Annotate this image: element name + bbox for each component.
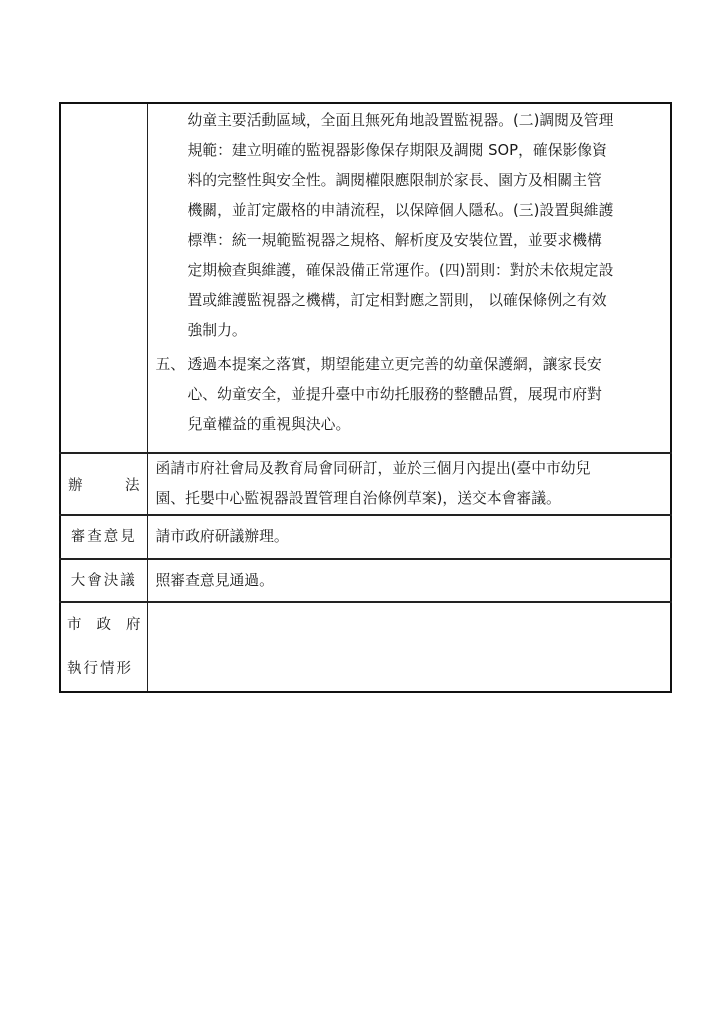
text-line: 規範：建立明確的監視器影像保存期限及調閱 SOP，確保影像資 — [188, 136, 663, 166]
description-paragraph: 幼童主要活動區域，全面且無死角地設置監視器。(二)調閱及管理 規範：建立明確的監… — [156, 106, 663, 346]
text-line: 置或維護監視器之機構，訂定相對應之罰則， 以確保條例之有效 — [188, 286, 663, 316]
label-cell-empty — [60, 103, 147, 453]
table-row-description: 幼童主要活動區域，全面且無死角地設置監視器。(二)調閱及管理 規範：建立明確的監… — [60, 103, 671, 453]
label-char: 政 — [97, 603, 112, 647]
proposal-table: 幼童主要活動區域，全面且無死角地設置監視器。(二)調閱及管理 規範：建立明確的監… — [59, 102, 672, 693]
text-line: 函請市府社會局及教育局會同研訂，並於三個月內提出(臺中市幼兒 — [156, 454, 663, 484]
table-row-review: 審查意見 請市政府研議辦理。 — [60, 515, 671, 559]
text-line: 園、托嬰中心監視器設置管理自治條例草案)，送交本會審議。 — [156, 484, 663, 514]
execution-label-line1: 市 政 府 — [67, 603, 141, 647]
text-line: 定期檢查與維護，確保設備正常運作。(四)罰則：對於未依規定設 — [188, 256, 663, 286]
resolution-content: 照審查意見通過。 — [147, 559, 671, 602]
text-line: 透過本提案之落實，期望能建立更完善的幼童保護網，讓家長安 — [188, 350, 663, 380]
text-line: 幼童主要活動區域，全面且無死角地設置監視器。(二)調閱及管理 — [188, 106, 663, 136]
text-line: 機關，並訂定嚴格的申請流程，以保障個人隱私。(三)設置與維護 — [188, 196, 663, 226]
review-content: 請市政府研議辦理。 — [147, 515, 671, 559]
text-line: 強制力。 — [188, 316, 663, 346]
method-content-cell: 函請市府社會局及教育局會同研訂，並於三個月內提出(臺中市幼兒 園、托嬰中心監視器… — [147, 453, 671, 515]
description-cell: 幼童主要活動區域，全面且無死角地設置監視器。(二)調閱及管理 規範：建立明確的監… — [147, 103, 671, 453]
list-item-number: 五、 — [156, 350, 188, 440]
execution-label-line2: 執行情形 — [67, 647, 141, 691]
list-item-five: 五、 透過本提案之落實，期望能建立更完善的幼童保護網，讓家長安 心、幼童安全，並… — [156, 350, 663, 440]
text-line: 兒童權益的重視與決心。 — [188, 410, 663, 440]
method-label: 辦 法 — [61, 474, 147, 495]
text-line: 標準：統一規範監視器之規格、解析度及安裝位置，並要求機構 — [188, 226, 663, 256]
table-row-method: 辦 法 函請市府社會局及教育局會同研訂，並於三個月內提出(臺中市幼兒 園、托嬰中… — [60, 453, 671, 515]
table-row-resolution: 大會決議 照審查意見通過。 — [60, 559, 671, 602]
label-char: 市 — [67, 603, 82, 647]
execution-content — [147, 602, 671, 692]
text-line: 心、幼童安全，並提升臺中市幼托服務的整體品質，展現市府對 — [188, 380, 663, 410]
label-char: 法 — [125, 474, 140, 495]
text-line: 料的完整性與安全性。調閱權限應限制於家長、園方及相關主管 — [188, 166, 663, 196]
table-row-execution: 市 政 府 執行情形 — [60, 602, 671, 692]
label-char: 府 — [126, 603, 141, 647]
execution-label: 市 政 府 執行情形 — [61, 603, 147, 691]
execution-label-cell: 市 政 府 執行情形 — [60, 602, 147, 692]
resolution-label: 大會決議 — [60, 559, 147, 602]
method-label-cell: 辦 法 — [60, 453, 147, 515]
review-label: 審查意見 — [60, 515, 147, 559]
list-item-text: 透過本提案之落實，期望能建立更完善的幼童保護網，讓家長安 心、幼童安全，並提升臺… — [188, 350, 663, 440]
label-char: 辦 — [68, 474, 83, 495]
